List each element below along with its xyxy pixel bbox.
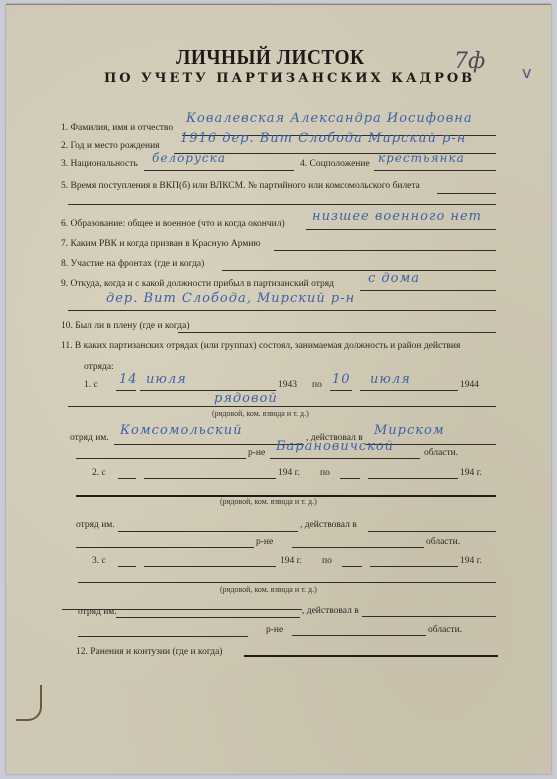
field-6-value: низшее военного нет xyxy=(312,209,482,224)
field-3-label: 3. Национальность xyxy=(61,159,138,169)
field-12-label: 12. Ранения и контузии (где и когда) xyxy=(76,647,222,657)
detachment-3-to-label: по xyxy=(322,556,332,566)
field-7-label: 7. Каким РВК и когда призван в Красную А… xyxy=(61,239,261,249)
detachment-1-position-hint: (рядовой, ком. взвода и т. д.) xyxy=(212,409,309,418)
detachment-2-position-hint: (рядовой, ком. взвода и т. д.) xyxy=(220,497,317,506)
field-9-value: с дома xyxy=(368,271,420,286)
detachment-2-to-year: 194 г. xyxy=(460,468,482,478)
pencil-check-mark: v xyxy=(522,63,531,82)
detachment-3-to-year: 194 г. xyxy=(460,556,482,566)
detachment-3-acted-label: , действовал в xyxy=(302,606,359,616)
detachment-1-rayon-label: р-не xyxy=(248,448,265,458)
field-9-label: 9. Откуда, когда и с какой должности при… xyxy=(61,279,334,289)
pencil-number: 7ф xyxy=(454,49,485,74)
detachment-1-from-year: 1943 xyxy=(278,380,297,390)
field-2-label: 2. Год и место рождения xyxy=(61,141,160,151)
detachment-2-otryad-label: отряд им. xyxy=(76,520,115,530)
field-9-value-line2: дер. Вит Слобода, Мирский р-н xyxy=(106,291,355,306)
detachment-1-region: Мирском xyxy=(374,423,445,438)
field-1-label: 1. Фамилия, имя и отчество xyxy=(61,123,173,133)
detachment-2-oblast-label: области. xyxy=(426,537,460,547)
detachment-2-rayon-label: р-не xyxy=(256,537,273,547)
paper-stain xyxy=(16,685,42,721)
detachment-1-from-month: июля xyxy=(146,372,187,387)
detachment-1-to-day: 10 xyxy=(332,372,351,387)
detachment-1-otryad-label: отряд им. xyxy=(70,433,109,443)
document-subtitle: ПО УЧЕТУ ПАРТИЗАНСКИХ КАДРОВ xyxy=(104,71,475,86)
field-3-value: белоруска xyxy=(152,151,226,165)
field-10-label: 10. Был ли в плену (где и когда) xyxy=(61,321,190,331)
field-11-label: 11. В каких партизанских отрядах (или гр… xyxy=(61,341,460,351)
detachment-3-oblast-label: области. xyxy=(428,625,462,635)
field-5-label: 5. Время поступления в ВКП(б) или ВЛКСМ.… xyxy=(61,181,420,191)
field-1-value: Ковалевская Александра Иосифовна xyxy=(186,111,473,126)
detachment-2-acted-label: , действовал в xyxy=(300,520,357,530)
detachment-1-oblast: Барановичской xyxy=(276,439,394,454)
detachment-1-oblast-label: области. xyxy=(424,448,458,458)
detachment-2-index: 2. с xyxy=(92,468,106,478)
detachment-1-to-month: июля xyxy=(370,372,411,387)
field-2-value: 1916 дер. Вит Слобода Мирский р-н xyxy=(180,131,466,146)
detachment-1-position: рядовой xyxy=(214,391,278,406)
detachment-2-to-label: по xyxy=(320,468,330,478)
field-4-label: 4. Соцположение xyxy=(300,159,370,169)
field-11-sublabel: отряда: xyxy=(84,362,114,372)
field-6-label: 6. Образование: общее и военное (что и к… xyxy=(61,219,285,229)
detachment-2-from-year: 194 г. xyxy=(278,468,300,478)
detachment-1-index: 1. с xyxy=(84,380,98,390)
detachment-3-position-hint: (рядовой, ком. взвода и т. д.) xyxy=(220,585,317,594)
detachment-1-from-day: 14 xyxy=(119,372,138,387)
document-title: ЛИЧНЫЙ ЛИСТОК xyxy=(176,45,364,70)
field-4-value: крестьянка xyxy=(378,151,465,165)
detachment-3-from-year: 194 г. xyxy=(280,556,302,566)
detachment-3-index: 3. с xyxy=(92,556,106,566)
detachment-1-otryad: Комсомольский xyxy=(120,423,243,438)
document-sheet: ЛИЧНЫЙ ЛИСТОК ПО УЧЕТУ ПАРТИЗАНСКИХ КАДР… xyxy=(6,4,551,774)
detachment-1-to-label: по xyxy=(312,380,322,390)
field-8-label: 8. Участие на фронтах (где и когда) xyxy=(61,259,204,269)
detachment-3-rayon-label: р-не xyxy=(266,625,283,635)
detachment-1-to-year: 1944 xyxy=(460,380,479,390)
